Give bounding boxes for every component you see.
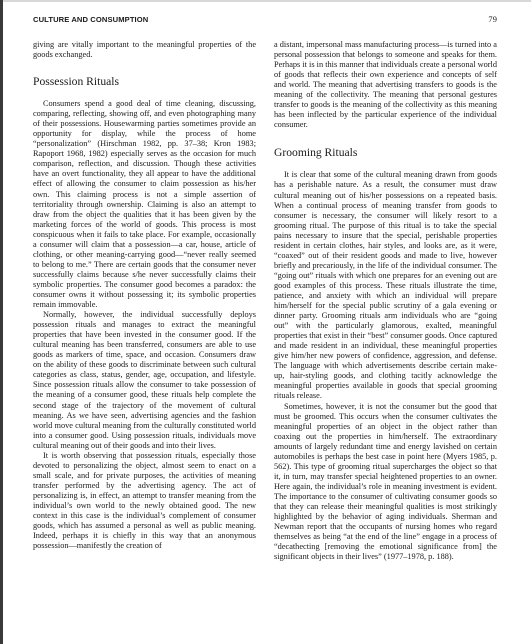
continued-paragraph: a distant, impersonal mass manufacturing…: [274, 40, 497, 130]
body-paragraph: It is clear that some of the cultural me…: [274, 170, 497, 401]
body-paragraph: Sometimes, however, it is not the consum…: [274, 402, 497, 563]
page-top-edge: [0, 0, 531, 2]
right-column: a distant, impersonal mass manufacturing…: [274, 40, 497, 562]
section-heading-possession-rituals: Possession Rituals: [33, 75, 256, 89]
page-number: 79: [488, 15, 497, 24]
left-column: giving are vitally important to the mean…: [33, 40, 256, 551]
continued-paragraph: giving are vitally important to the mean…: [33, 40, 256, 60]
running-head: CULTURE AND CONSUMPTION 79: [33, 15, 497, 27]
body-paragraph: Normally, however, the individual succes…: [33, 310, 256, 451]
section-heading-grooming-rituals: Grooming Rituals: [274, 146, 497, 160]
scan-left-margin-edge: [0, 0, 3, 644]
running-head-title: CULTURE AND CONSUMPTION: [33, 15, 148, 24]
body-paragraph: It is worth observing that possession ri…: [33, 451, 256, 551]
body-paragraph: Consumers spend a good deal of time clea…: [33, 99, 256, 310]
